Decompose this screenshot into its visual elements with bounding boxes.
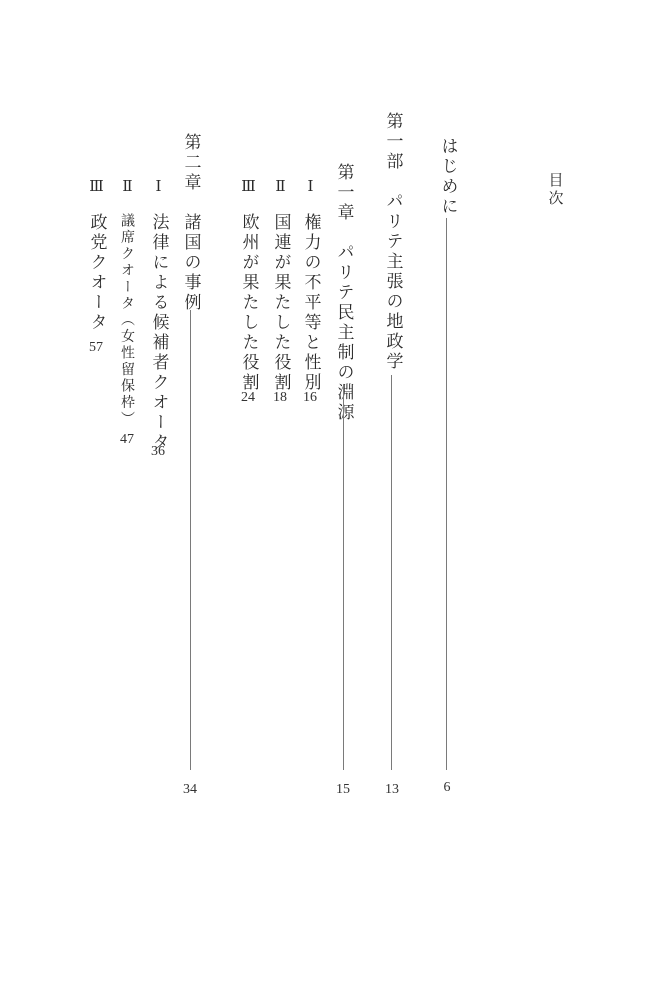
section-label: 法律による候補者クオータ (150, 213, 167, 453)
entry-label: はじめに (439, 137, 456, 217)
section-numeral: Ⅰ (303, 177, 318, 198)
page-number: 13 (385, 782, 399, 798)
entry-label: 第二章 諸国の事例 (182, 133, 199, 313)
section-numeral: Ⅱ (120, 177, 135, 198)
section-label: 議席クオータ（女性留保枠） (120, 213, 134, 428)
page-number: 18 (273, 390, 287, 406)
page-number: 6 (444, 780, 451, 796)
entry-label: 第一部 パリテ主張の地政学 (384, 112, 401, 372)
page-number: 47 (120, 432, 134, 448)
page-number: 24 (241, 390, 255, 406)
page-number: 16 (303, 390, 317, 406)
section-label: 権力の不平等と性別 (302, 213, 319, 393)
leader-line (343, 384, 344, 770)
leader-line (446, 218, 447, 770)
section-label: 欧州が果たした役割 (240, 213, 257, 393)
section-label: 国連が果たした役割 (272, 213, 289, 393)
page-number: 34 (183, 782, 197, 798)
section-numeral: Ⅰ (151, 177, 166, 198)
page-number: 57 (89, 340, 103, 356)
page-title: 目次 (548, 172, 563, 208)
leader-line (391, 375, 392, 770)
page-number: 36 (151, 444, 165, 460)
section-numeral: Ⅲ (89, 177, 104, 198)
section-numeral: Ⅲ (241, 177, 256, 198)
section-numeral: Ⅱ (273, 177, 288, 198)
page-number: 15 (336, 782, 350, 798)
leader-line (190, 310, 191, 770)
section-label: 政党クオータ (88, 213, 105, 333)
